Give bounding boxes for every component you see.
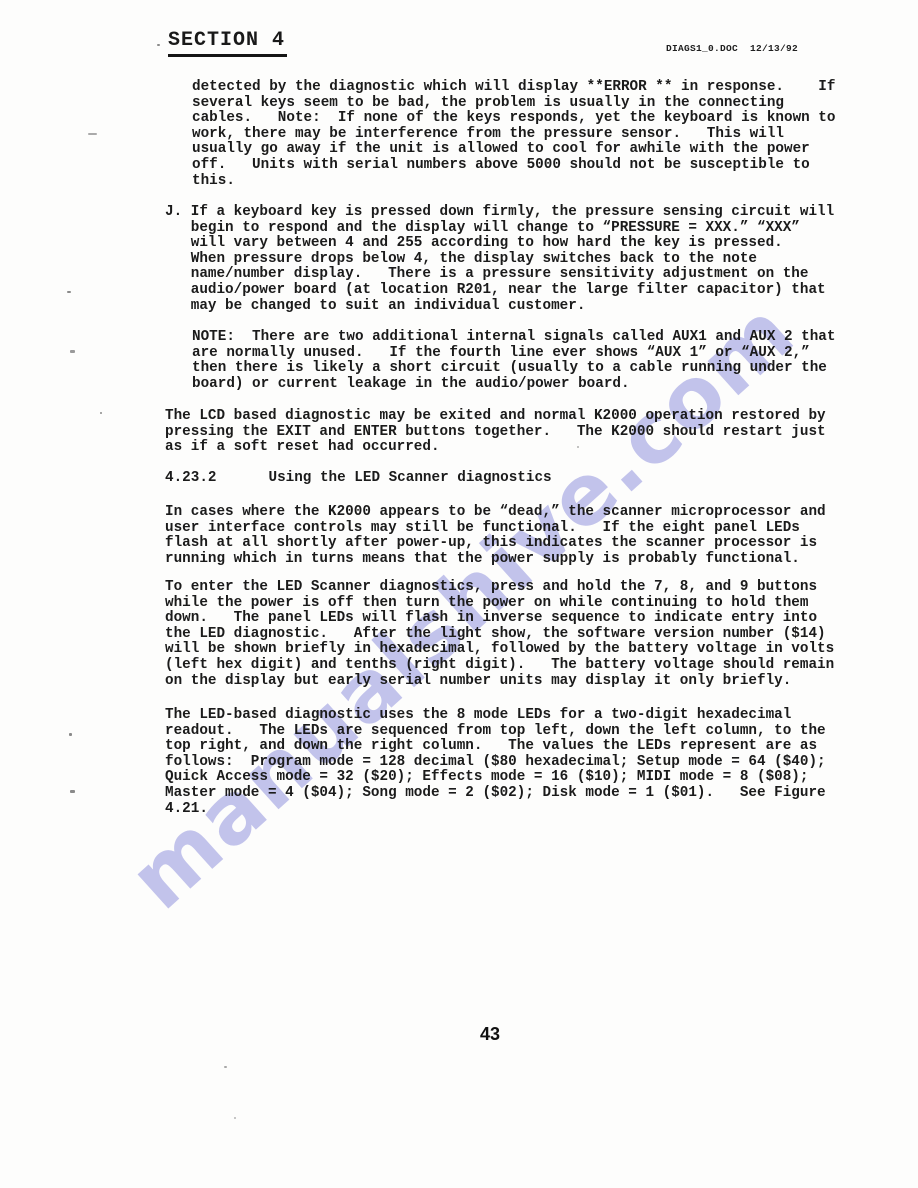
scan-speck bbox=[157, 44, 160, 46]
section-heading-4-23-2: 4.23.2Using the LED Scanner diagnostics bbox=[165, 471, 552, 487]
paragraph-keyboard-diagnostic: detected by the diagnostic which will di… bbox=[192, 80, 835, 189]
section-heading-title: Using the LED Scanner diagnostics bbox=[268, 470, 551, 486]
paragraph-note-aux-signals: NOTE: There are two additional internal … bbox=[192, 330, 835, 392]
paragraph-in-cases-dead: In cases where the K2000 appears to be “… bbox=[165, 505, 826, 567]
scanned-manual-page: manualshive.com SECTION 4 DIAGS1_0.DOC 1… bbox=[0, 0, 918, 1188]
scan-speck bbox=[67, 291, 71, 293]
paragraph-item-j-pressure: J. If a keyboard key is pressed down fir… bbox=[165, 205, 834, 314]
paragraph-led-based-readout: The LED-based diagnostic uses the 8 mode… bbox=[165, 708, 826, 817]
scan-speck bbox=[69, 733, 72, 736]
paragraph-enter-led-diagnostics: To enter the LED Scanner diagnostics, pr… bbox=[165, 580, 834, 689]
section-header: SECTION 4 bbox=[168, 29, 287, 57]
scan-speck bbox=[88, 133, 97, 135]
document-reference: DIAGS1_0.DOC 12/13/92 bbox=[666, 43, 798, 54]
scan-speck bbox=[70, 350, 75, 353]
scan-speck bbox=[100, 412, 102, 414]
scan-speck bbox=[70, 790, 75, 793]
section-heading-number: 4.23.2 bbox=[165, 470, 216, 486]
page-number: 43 bbox=[480, 1024, 500, 1045]
scan-speck bbox=[234, 1117, 236, 1119]
paragraph-lcd-exit: The LCD based diagnostic may be exited a… bbox=[165, 409, 826, 456]
scan-speck bbox=[224, 1066, 227, 1068]
